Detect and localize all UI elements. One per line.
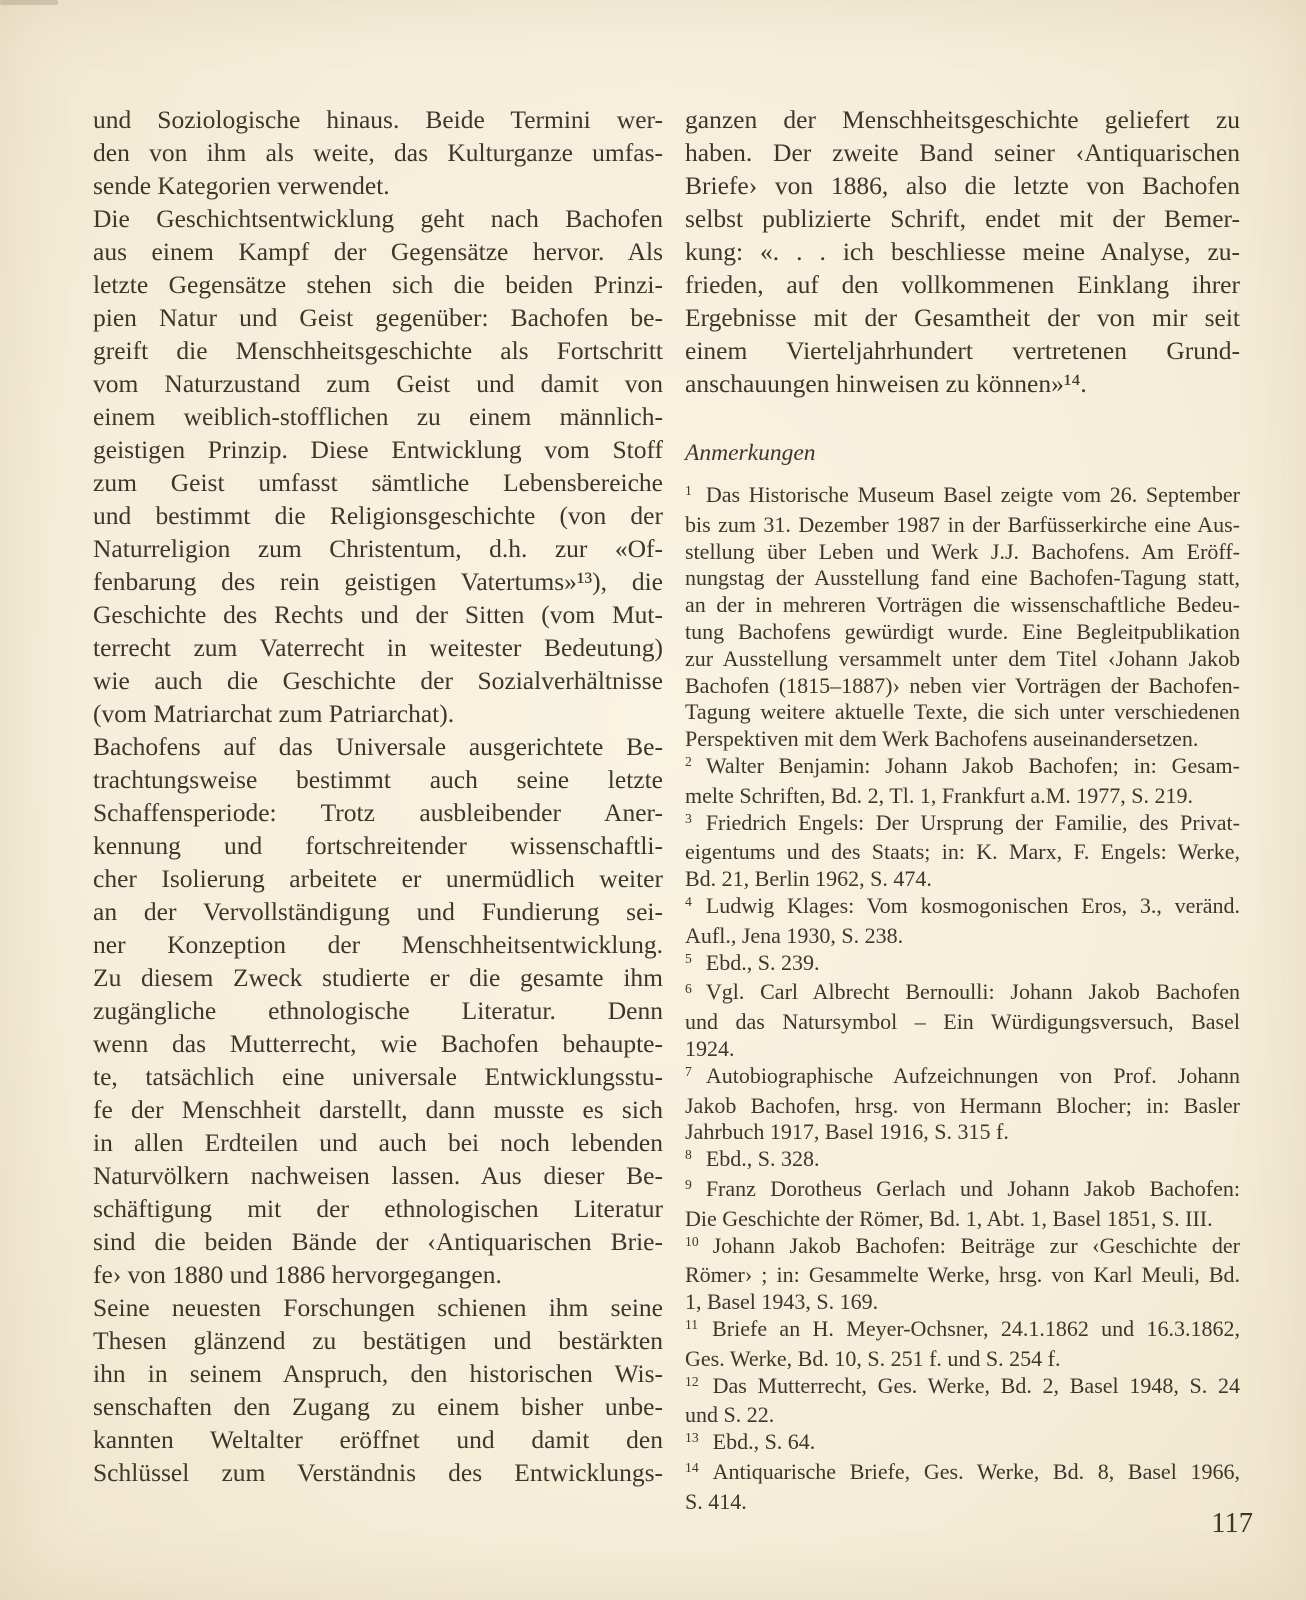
footnote-marker: 5 bbox=[685, 951, 692, 966]
footnote-marker: 10 bbox=[685, 1234, 699, 1249]
footnote-marker: 4 bbox=[685, 894, 692, 909]
footnote-line: 8 Ebd., S. 328. bbox=[685, 1146, 1240, 1176]
scan-artifact bbox=[0, 0, 58, 5]
text-line: ihn in seinem Anspruch, den historischen… bbox=[93, 1357, 663, 1390]
text-line: Naturreligion zum Christentum, d.h. zur … bbox=[93, 532, 663, 565]
text-line: aus einem Kampf der Gegensätze hervor. A… bbox=[93, 235, 663, 268]
footnote-line: 1 Das Historische Museum Basel zeigte vo… bbox=[685, 482, 1240, 512]
page-number: 117 bbox=[1211, 1507, 1253, 1541]
text-line: schäftigung mit der ethnologischen Liter… bbox=[93, 1192, 663, 1225]
footnote-marker: 13 bbox=[685, 1430, 699, 1445]
footnote-line: 13 Ebd., S. 64. bbox=[685, 1429, 1240, 1459]
footnote-line: Jakob Bachofen, hrsg. von Hermann Bloche… bbox=[685, 1093, 1240, 1120]
text-line: sende Kategorien verwendet. bbox=[93, 169, 663, 202]
text-line: Zu diesem Zweck studierte er die gesamte… bbox=[93, 961, 663, 994]
footnote-line: zur Ausstellung versammelt unter dem Tit… bbox=[685, 646, 1240, 673]
text-line: greift die Menschheitsgeschichte als For… bbox=[93, 334, 663, 367]
text-line: terrecht zum Vaterrecht in weitester Bed… bbox=[93, 631, 663, 664]
footnote-marker: 6 bbox=[685, 981, 692, 996]
text-line: trachtungsweise bestimmt auch seine letz… bbox=[93, 763, 663, 796]
footnote-marker: 1 bbox=[685, 483, 692, 498]
text-line: te, tatsächlich eine universale Entwickl… bbox=[93, 1060, 663, 1093]
text-line: Bachofens auf das Universale ausgerichte… bbox=[93, 730, 663, 763]
book-page: und Soziologische hinaus. Beide Termini … bbox=[0, 0, 1306, 1600]
footnote-line: 11 Briefe an H. Meyer-Ochsner, 24.1.1862… bbox=[685, 1316, 1240, 1346]
text-line: Thesen glänzend zu bestätigen und bestär… bbox=[93, 1324, 663, 1357]
text-line: cher Isolierung arbeitete er unermüdlich… bbox=[93, 862, 663, 895]
footnote-marker: 8 bbox=[685, 1147, 692, 1162]
text-line: sind die beiden Bände der ‹Antiquarische… bbox=[93, 1225, 663, 1258]
footnote-line: 5 Ebd., S. 239. bbox=[685, 950, 1240, 980]
right-body-text: ganzen der Menschheitsgeschichte geliefe… bbox=[685, 103, 1240, 400]
text-line: kennung und fortschreitender wissenschaf… bbox=[93, 829, 663, 862]
text-line: Schlüssel zum Verständnis des Entwicklun… bbox=[93, 1456, 663, 1489]
footnote-line: Die Geschichte der Römer, Bd. 1, Abt. 1,… bbox=[685, 1206, 1240, 1233]
footnote-line: und das Natursymbol – Ein Würdigungsvers… bbox=[685, 1009, 1240, 1036]
footnote-line: 6 Vgl. Carl Albrecht Bernoulli: Johann J… bbox=[685, 979, 1240, 1009]
footnote-line: 7 Autobiographische Aufzeichnungen von P… bbox=[685, 1063, 1240, 1093]
text-line: in allen Erdteilen und auch bei noch leb… bbox=[93, 1126, 663, 1159]
text-line: zugängliche ethnologische Literatur. Den… bbox=[93, 994, 663, 1027]
footnote-marker: 2 bbox=[685, 754, 692, 769]
notes-list: 1 Das Historische Museum Basel zeigte vo… bbox=[685, 482, 1240, 1515]
footnote-line: 3 Friedrich Engels: Der Ursprung der Fam… bbox=[685, 810, 1240, 840]
text-line: zum Geist umfasst sämtliche Lebensbereic… bbox=[93, 466, 663, 499]
footnote-marker: 3 bbox=[685, 811, 692, 826]
footnote-line: melte Schriften, Bd. 2, Tl. 1, Frankfurt… bbox=[685, 783, 1240, 810]
footnote-line: 2 Walter Benjamin: Johann Jakob Bachofen… bbox=[685, 753, 1240, 783]
text-line: vom Naturzustand zum Geist und damit von bbox=[93, 367, 663, 400]
footnote-line: Bachofen (1815–1887)› neben vier Vorträg… bbox=[685, 673, 1240, 700]
text-line: frieden, auf den vollkommenen Einklang i… bbox=[685, 268, 1240, 301]
footnote-marker: 9 bbox=[685, 1177, 692, 1192]
text-line: anschauungen hinweisen zu können»¹⁴. bbox=[685, 367, 1240, 400]
footnote-line: eigentums und des Staats; in: K. Marx, F… bbox=[685, 839, 1240, 866]
text-line: den von ihm als weite, das Kulturganze u… bbox=[93, 136, 663, 169]
text-line: Ergebnisse mit der Gesamtheit der von mi… bbox=[685, 301, 1240, 334]
footnote-line: 4 Ludwig Klages: Vom kosmogonischen Eros… bbox=[685, 893, 1240, 923]
footnote-line: bis zum 31. Dezember 1987 in der Barfüss… bbox=[685, 512, 1240, 539]
text-line: Naturvölkern nachweisen lassen. Aus dies… bbox=[93, 1159, 663, 1192]
footnote-marker: 11 bbox=[685, 1317, 698, 1332]
footnote-marker: 7 bbox=[685, 1064, 692, 1079]
footnote-marker: 12 bbox=[685, 1374, 699, 1389]
footnote-line: 10 Johann Jakob Bachofen: Beiträge zur ‹… bbox=[685, 1233, 1240, 1263]
text-line: und Soziologische hinaus. Beide Termini … bbox=[93, 103, 663, 136]
footnote-line: 1, Basel 1943, S. 169. bbox=[685, 1289, 1240, 1316]
footnote-line: an der in mehreren Vorträgen die wissens… bbox=[685, 592, 1240, 619]
text-line: pien Natur und Geist gegenüber: Bachofen… bbox=[93, 301, 663, 334]
text-line: Schaffensperiode: Trotz ausbleibender An… bbox=[93, 796, 663, 829]
text-line: an der Vervollständigung und Fundierung … bbox=[93, 895, 663, 928]
text-line: (vom Matriarchat zum Patriarchat). bbox=[93, 697, 663, 730]
footnote-line: tung Bachofens gewürdigt wurde. Eine Beg… bbox=[685, 619, 1240, 646]
footnote-line: und S. 22. bbox=[685, 1402, 1240, 1429]
footnote-line: Perspektiven mit dem Werk Bachofens ause… bbox=[685, 726, 1240, 753]
footnote-line: 14 Antiquarische Briefe, Ges. Werke, Bd.… bbox=[685, 1459, 1240, 1489]
footnote-line: Römer› ; in: Gesammelte Werke, hrsg. von… bbox=[685, 1262, 1240, 1289]
text-line: fe der Menschheit darstellt, dann musste… bbox=[93, 1093, 663, 1126]
footnote-marker: 14 bbox=[685, 1460, 699, 1475]
footnote-line: stellung über Leben und Werk J.J. Bachof… bbox=[685, 539, 1240, 566]
footnote-line: nungstag der Ausstellung fand eine Bacho… bbox=[685, 565, 1240, 592]
text-line: kung: «. . . ich beschliesse meine Analy… bbox=[685, 235, 1240, 268]
text-line: haben. Der zweite Band seiner ‹Antiquari… bbox=[685, 136, 1240, 169]
footnote-line: S. 414. bbox=[685, 1489, 1240, 1516]
footnote-line: Tagung weitere aktuelle Texte, die sich … bbox=[685, 699, 1240, 726]
text-line: letzte Gegensätze stehen sich die beiden… bbox=[93, 268, 663, 301]
notes-heading: Anmerkungen bbox=[685, 438, 1240, 468]
footnote-line: Ges. Werke, Bd. 10, S. 251 f. und S. 254… bbox=[685, 1346, 1240, 1373]
footnote-line: 1924. bbox=[685, 1036, 1240, 1063]
text-line: Seine neuesten Forschungen schienen ihm … bbox=[93, 1291, 663, 1324]
text-line: Die Geschichtsentwicklung geht nach Bach… bbox=[93, 202, 663, 235]
text-line: einem weiblich-stofflichen zu einem männ… bbox=[93, 400, 663, 433]
text-line: fe› von 1880 und 1886 hervorgegangen. bbox=[93, 1258, 663, 1291]
left-text-column: und Soziologische hinaus. Beide Termini … bbox=[93, 103, 663, 1489]
text-line: wie auch die Geschichte der Sozialverhäl… bbox=[93, 664, 663, 697]
text-line: geistigen Prinzip. Diese Entwicklung vom… bbox=[93, 433, 663, 466]
text-line: Geschichte des Rechts und der Sitten (vo… bbox=[93, 598, 663, 631]
text-line: kannten Weltalter eröffnet und damit den bbox=[93, 1423, 663, 1456]
text-line: selbst publizierte Schrift, endet mit de… bbox=[685, 202, 1240, 235]
footnote-line: Bd. 21, Berlin 1962, S. 474. bbox=[685, 866, 1240, 893]
right-text-column: ganzen der Menschheitsgeschichte geliefe… bbox=[685, 103, 1240, 1515]
text-line: einem Vierteljahrhundert vertretenen Gru… bbox=[685, 334, 1240, 367]
text-line: ganzen der Menschheitsgeschichte geliefe… bbox=[685, 103, 1240, 136]
text-line: senschaften den Zugang zu einem bisher u… bbox=[93, 1390, 663, 1423]
text-line: fenbarung des rein geistigen Vatertums»¹… bbox=[93, 565, 663, 598]
footnote-line: 9 Franz Dorotheus Gerlach und Johann Jak… bbox=[685, 1176, 1240, 1206]
footnote-line: 12 Das Mutterrecht, Ges. Werke, Bd. 2, B… bbox=[685, 1373, 1240, 1403]
footnote-line: Jahrbuch 1917, Basel 1916, S. 315 f. bbox=[685, 1119, 1240, 1146]
text-line: und bestimmt die Religionsgeschichte (vo… bbox=[93, 499, 663, 532]
footnote-line: Aufl., Jena 1930, S. 238. bbox=[685, 923, 1240, 950]
text-line: wenn das Mutterrecht, wie Bachofen behau… bbox=[93, 1027, 663, 1060]
text-line: Briefe› von 1886, also die letzte von Ba… bbox=[685, 169, 1240, 202]
text-line: ner Konzeption der Menschheitsentwicklun… bbox=[93, 928, 663, 961]
